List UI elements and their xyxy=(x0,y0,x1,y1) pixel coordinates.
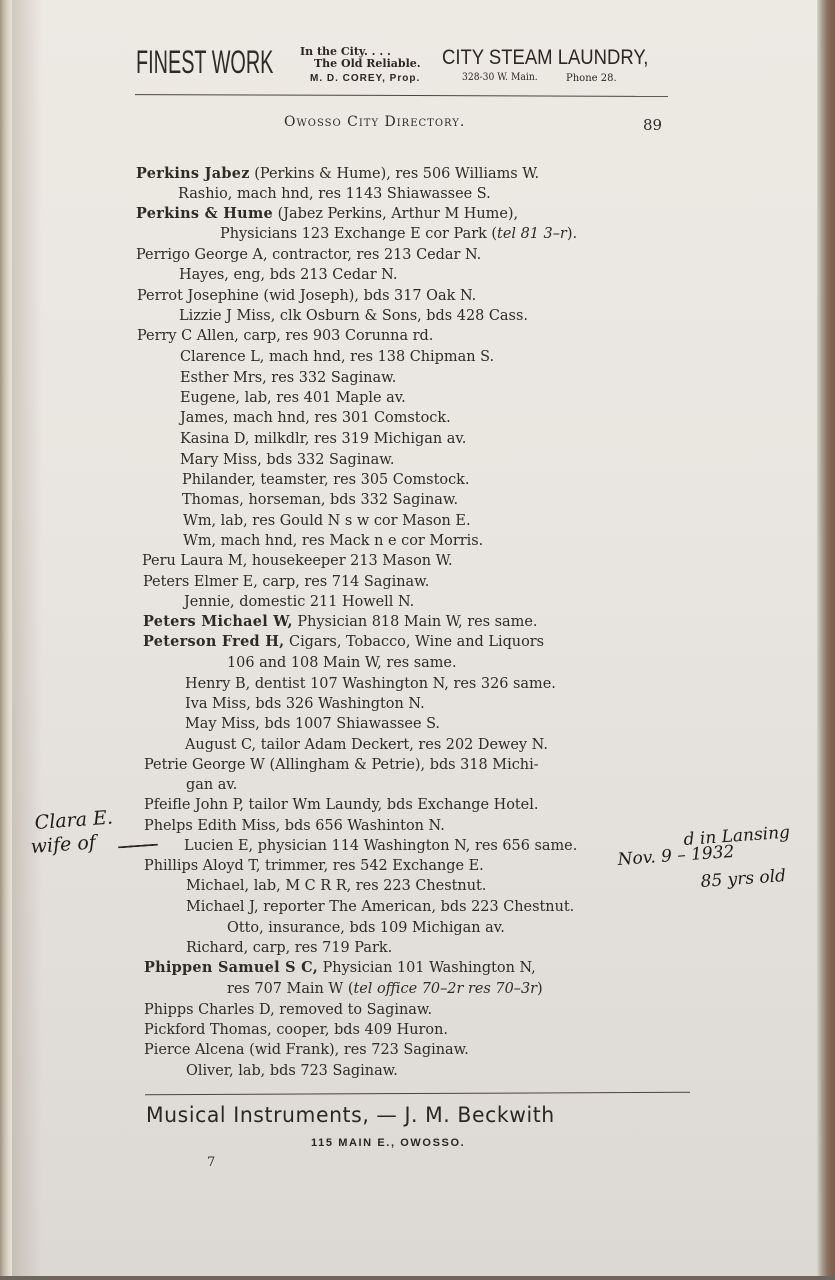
directory-entry: 106 and 108 Main W, res same. xyxy=(227,653,457,671)
directory-entry: Pickford Thomas, cooper, bds 409 Huron. xyxy=(144,1020,448,1038)
entry-text: Perrot Josephine (wid Joseph), bds 317 O… xyxy=(137,286,476,304)
entry-text: res 707 Main W ( xyxy=(227,979,353,997)
directory-entry: Kasina D, milkdlr, res 319 Michigan av. xyxy=(180,429,466,447)
entry-text: Michael J, reporter The American, bds 22… xyxy=(186,897,574,915)
entry-text: Phipps Charles D, removed to Saginaw. xyxy=(144,1000,432,1018)
directory-entry: Oliver, lab, bds 723 Saginaw. xyxy=(186,1061,398,1079)
directory-entry: Petrie George W (Allingham & Petrie), bd… xyxy=(144,755,539,773)
entry-text: Michael, lab, M C R R, res 223 Chestnut. xyxy=(186,876,486,894)
entry-telephone: tel 81 3–r xyxy=(497,224,567,242)
handwritten-note-age: 85 yrs old xyxy=(700,866,787,892)
directory-entry: Phipps Charles D, removed to Saginaw. xyxy=(144,1000,432,1018)
footer-ad-address: 115 MAIN E., OWOSSO. xyxy=(311,1137,465,1149)
entry-text: Perry C Allen, carp, res 903 Corunna rd. xyxy=(137,326,433,344)
entry-text: Lizzie J Miss, clk Osburn & Sons, bds 42… xyxy=(179,306,528,324)
entry-text: May Miss, bds 1007 Shiawassee S. xyxy=(185,714,440,732)
directory-entry: Thomas, horseman, bds 332 Saginaw. xyxy=(182,490,458,508)
directory-entry: Phelps Edith Miss, bds 656 Washinton N. xyxy=(144,816,445,834)
directory-entry: Peters Elmer E, carp, res 714 Saginaw. xyxy=(143,572,429,590)
directory-entry: Lizzie J Miss, clk Osburn & Sons, bds 42… xyxy=(179,306,528,324)
entry-text: Richard, carp, res 719 Park. xyxy=(186,938,392,956)
directory-entry: Jennie, domestic 211 Howell N. xyxy=(184,592,414,610)
directory-entry: Esther Mrs, res 332 Saginaw. xyxy=(180,368,396,386)
entry-text: Otto, insurance, bds 109 Michigan av. xyxy=(227,918,505,936)
page-number: 89 xyxy=(643,116,662,134)
entry-text: Peru Laura M, housekeeper 213 Mason W. xyxy=(142,551,453,569)
signature-mark: 7 xyxy=(207,1155,215,1170)
directory-entry: Otto, insurance, bds 109 Michigan av. xyxy=(227,918,505,936)
directory-entry: Pierce Alcena (wid Frank), res 723 Sagin… xyxy=(144,1040,469,1058)
entry-text: Oliver, lab, bds 723 Saginaw. xyxy=(186,1061,398,1079)
entry-text: Pierce Alcena (wid Frank), res 723 Sagin… xyxy=(144,1040,469,1058)
page-edge-right xyxy=(817,0,835,1280)
entry-text: gan av. xyxy=(186,775,237,793)
directory-entry: Philander, teamster, res 305 Comstock. xyxy=(182,470,469,488)
entry-text: Rashio, mach hnd, res 1143 Shiawassee S. xyxy=(178,184,491,202)
directory-entry: Pfeifle John P, tailor Wm Laundy, bds Ex… xyxy=(144,795,538,813)
entry-text: Philander, teamster, res 305 Comstock. xyxy=(182,470,469,488)
directory-entry: May Miss, bds 1007 Shiawassee S. xyxy=(185,714,440,732)
header-advertisement: FINEST WORK In the City. . . . The Old R… xyxy=(136,40,691,92)
entry-text: Wm, mach hnd, res Mack n e cor Morris. xyxy=(183,531,483,549)
ad-business-name: CITY STEAM LAUNDRY, xyxy=(442,46,648,70)
ad-old-reliable: The Old Reliable. xyxy=(314,57,421,70)
entry-text: Lucien E, physician 114 Washington N, re… xyxy=(184,836,577,854)
entry-text: Hayes, eng, bds 213 Cedar N. xyxy=(179,265,397,283)
directory-entry: Richard, carp, res 719 Park. xyxy=(186,938,392,956)
entry-text: Pickford Thomas, cooper, bds 409 Huron. xyxy=(144,1020,448,1038)
directory-entry: res 707 Main W (tel office 70–2r res 70–… xyxy=(227,979,543,997)
footer-ad-headline: Musical Instruments, — J. M. Beckwith xyxy=(146,1103,555,1127)
directory-entry: Perkins Jabez (Perkins & Hume), res 506 … xyxy=(136,164,539,182)
entry-text: Thomas, horseman, bds 332 Saginaw. xyxy=(182,490,458,508)
entry-telephone: tel office 70–2r res 70–3r xyxy=(353,979,537,997)
entry-text: Peters Elmer E, carp, res 714 Saginaw. xyxy=(143,572,429,590)
directory-entry: Michael, lab, M C R R, res 223 Chestnut. xyxy=(186,876,486,894)
directory-entry: Wm, mach hnd, res Mack n e cor Morris. xyxy=(183,531,483,549)
entry-text: Phillips Aloyd T, trimmer, res 542 Excha… xyxy=(144,856,484,874)
directory-entry: Wm, lab, res Gould N s w cor Mason E. xyxy=(183,511,471,529)
entry-bold-name: Peterson Fred H, xyxy=(143,632,284,650)
ad-proprietor: M. D. COREY, Prop. xyxy=(310,73,420,84)
entry-text: Iva Miss, bds 326 Washington N. xyxy=(185,694,425,712)
directory-entry: Lucien E, physician 114 Washington N, re… xyxy=(184,836,577,854)
entry-text: Physicians 123 Exchange E cor Park ( xyxy=(220,224,497,242)
entry-text: Kasina D, milkdlr, res 319 Michigan av. xyxy=(180,429,466,447)
entry-text: Mary Miss, bds 332 Saginaw. xyxy=(180,450,394,468)
directory-entry: Perry C Allen, carp, res 903 Corunna rd. xyxy=(137,326,433,344)
handwritten-dash-mark xyxy=(118,844,158,849)
entry-text: Cigars, Tobacco, Wine and Liquors xyxy=(284,632,544,650)
directory-entry: Eugene, lab, res 401 Maple av. xyxy=(180,388,406,406)
directory-entry: Michael J, reporter The American, bds 22… xyxy=(186,897,574,915)
handwritten-note-clara: Clara E. xyxy=(34,807,114,834)
ad-phone: Phone 28. xyxy=(566,73,617,84)
entry-text: Wm, lab, res Gould N s w cor Mason E. xyxy=(183,511,471,529)
handwritten-note-wife-of: wife of xyxy=(30,831,97,857)
entry-text: Clarence L, mach hnd, res 138 Chipman S. xyxy=(180,347,494,365)
directory-entry: Peterson Fred H, Cigars, Tobacco, Wine a… xyxy=(143,632,544,650)
directory-entry: Peru Laura M, housekeeper 213 Mason W. xyxy=(142,551,453,569)
page-edge-bottom xyxy=(0,1276,835,1280)
directory-entry: Rashio, mach hnd, res 1143 Shiawassee S. xyxy=(178,184,491,202)
handwritten-note-date: Nov. 9 – 1932 xyxy=(617,842,735,870)
entry-text: (Perkins & Hume), res 506 Williams W. xyxy=(250,164,539,182)
entry-text: Eugene, lab, res 401 Maple av. xyxy=(180,388,406,406)
directory-entry: August C, tailor Adam Deckert, res 202 D… xyxy=(185,735,548,753)
entry-text: August C, tailor Adam Deckert, res 202 D… xyxy=(185,735,548,753)
directory-entry: Mary Miss, bds 332 Saginaw. xyxy=(180,450,394,468)
directory-entry: Hayes, eng, bds 213 Cedar N. xyxy=(179,265,397,283)
directory-entry: gan av. xyxy=(186,775,237,793)
directory-entry: Perrigo George A, contractor, res 213 Ce… xyxy=(136,245,481,263)
directory-entry: Iva Miss, bds 326 Washington N. xyxy=(185,694,425,712)
footer-rule xyxy=(145,1092,690,1095)
entry-text: Physician 818 Main W, res same. xyxy=(293,612,538,630)
directory-page: FINEST WORK In the City. . . . The Old R… xyxy=(0,0,835,1280)
directory-entry: Physicians 123 Exchange E cor Park (tel … xyxy=(220,224,577,242)
entry-bold-name: Perkins & Hume xyxy=(136,204,273,222)
directory-entry: Perrot Josephine (wid Joseph), bds 317 O… xyxy=(137,286,476,304)
directory-entry: Perkins & Hume (Jabez Perkins, Arthur M … xyxy=(136,204,518,222)
directory-entry: Phillips Aloyd T, trimmer, res 542 Excha… xyxy=(144,856,484,874)
ad-address: 328-30 W. Main. xyxy=(462,72,538,83)
entry-text: (Jabez Perkins, Arthur M Hume), xyxy=(273,204,518,222)
entry-text: Henry B, dentist 107 Washington N, res 3… xyxy=(185,674,556,692)
ad-finest-work: FINEST WORK xyxy=(136,44,273,81)
entry-text: Petrie George W (Allingham & Petrie), bd… xyxy=(144,755,539,773)
book-binding-edge xyxy=(0,0,12,1280)
entry-text-suffix: ) xyxy=(537,979,543,997)
directory-entry: James, mach hnd, res 301 Comstock. xyxy=(180,408,451,426)
entry-text: James, mach hnd, res 301 Comstock. xyxy=(180,408,451,426)
entry-text: Phelps Edith Miss, bds 656 Washinton N. xyxy=(144,816,445,834)
entry-text: 106 and 108 Main W, res same. xyxy=(227,653,457,671)
binding-shadow xyxy=(12,0,42,1280)
header-rule xyxy=(135,94,668,97)
entry-bold-name: Peters Michael W, xyxy=(143,612,293,630)
entry-text: Pfeifle John P, tailor Wm Laundy, bds Ex… xyxy=(144,795,538,813)
directory-entry: Clarence L, mach hnd, res 138 Chipman S. xyxy=(180,347,494,365)
directory-entry: Phippen Samuel S C, Physician 101 Washin… xyxy=(144,958,536,976)
entry-text: Esther Mrs, res 332 Saginaw. xyxy=(180,368,396,386)
entry-bold-name: Perkins Jabez xyxy=(136,164,250,182)
running-head-title: Owosso City Directory. xyxy=(284,114,465,130)
directory-entry: Henry B, dentist 107 Washington N, res 3… xyxy=(185,674,556,692)
entry-text: Physician 101 Washington N, xyxy=(318,958,536,976)
entry-text-suffix: ). xyxy=(567,224,577,242)
directory-entry: Peters Michael W, Physician 818 Main W, … xyxy=(143,612,537,630)
entry-bold-name: Phippen Samuel S C, xyxy=(144,958,318,976)
entry-text: Perrigo George A, contractor, res 213 Ce… xyxy=(136,245,481,263)
entry-text: Jennie, domestic 211 Howell N. xyxy=(184,592,414,610)
